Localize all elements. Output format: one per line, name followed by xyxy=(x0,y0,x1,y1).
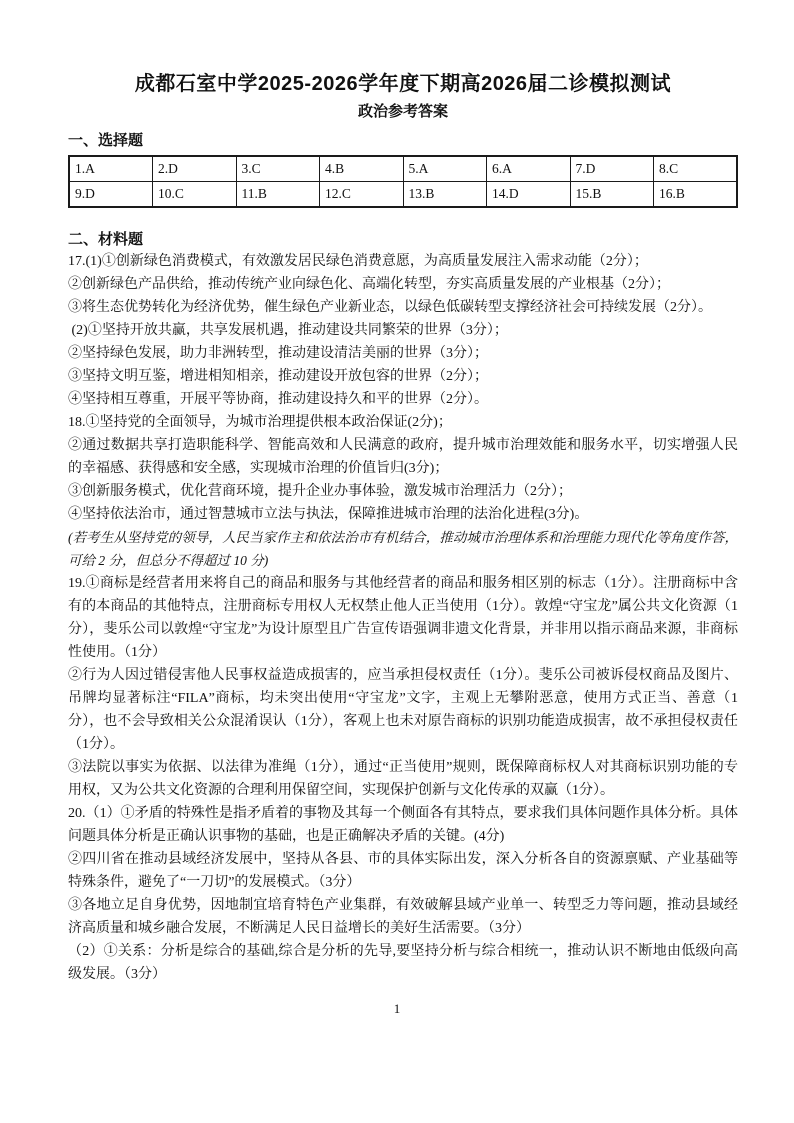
q20-part1-paragraph: ③各地立足自身优势，因地制宜培育特色产业集群，有效破解县域产业单一、转型乏力等问… xyxy=(68,894,738,940)
choice-answer-table: 1.A 2.D 3.C 4.B 5.A 6.A 7.D 8.C 9.D 10.C… xyxy=(68,155,738,208)
q18-grading-note: (若考生从坚持党的领导，人民当家作主和依法治市有机结合，推动城市治理体系和治理能… xyxy=(68,526,738,572)
document-title: 成都石室中学2025-2026学年度下期高2026届二诊模拟测试 xyxy=(68,71,738,97)
q17-part2-line: ③坚持文明互鉴，增进相知相亲，推动建设开放包容的世界（2分）； xyxy=(68,365,738,388)
q18-line: ②通过数据共享打造职能科学、智能高效和人民满意的政府，提升城市治理效能和服务水平… xyxy=(68,434,738,480)
q17-part2-line: ④坚持相互尊重，开展平等协商，推动建设持久和平的世界（2分）。 xyxy=(68,388,738,411)
answer-cell: 7.D xyxy=(570,156,654,182)
answer-cell: 10.C xyxy=(153,182,237,208)
answer-cell: 9.D xyxy=(69,182,153,208)
answer-cell: 11.B xyxy=(236,182,320,208)
q17-part1-line: ③将生态优势转化为经济优势，催生绿色产业新业态，以绿色低碳转型支撑经济社会可持续… xyxy=(68,296,738,319)
answer-cell: 13.B xyxy=(403,182,487,208)
answer-cell: 16.B xyxy=(654,182,738,208)
answer-cell: 1.A xyxy=(69,156,153,182)
answer-table-row: 9.D 10.C 11.B 12.C 13.B 14.D 15.B 16.B xyxy=(69,182,737,208)
answer-cell: 5.A xyxy=(403,156,487,182)
q19-paragraph: 19.①商标是经营者用来将自己的商品和服务与其他经营者的商品和服务相区别的标志（… xyxy=(68,572,738,664)
q17-part1-line: 17.(1)①创新绿色消费模式，有效激发居民绿色消费意愿，为高质量发展注入需求动… xyxy=(68,250,738,273)
q18-line: ④坚持依法治市，通过智慧城市立法与执法，保障推进城市治理的法治化进程(3分)。 xyxy=(68,503,738,526)
answer-cell: 15.B xyxy=(570,182,654,208)
q17-part2-line: (2)①坚持开放共赢，共享发展机遇，推动建设共同繁荣的世界（3分）； xyxy=(68,319,738,342)
choice-section-heading: 一、选择题 xyxy=(68,131,738,151)
q17-part2-line: ②坚持绿色发展，助力非洲转型，推动建设清洁美丽的世界（3分）； xyxy=(68,342,738,365)
document-subtitle: 政治参考答案 xyxy=(68,102,738,122)
q20-part2-paragraph: （2）①关系：分析是综合的基础,综合是分析的先导,要坚持分析与综合相统一，推动认… xyxy=(68,940,738,986)
answer-cell: 12.C xyxy=(320,182,404,208)
document-page: 成都石室中学2025-2026学年度下期高2026届二诊模拟测试 政治参考答案 … xyxy=(0,0,794,1123)
q20-part1-paragraph: 20.（1）①矛盾的特殊性是指矛盾着的事物及其每一个侧面各有其特点，要求我们具体… xyxy=(68,802,738,848)
q20-part1-paragraph: ②四川省在推动县域经济发展中，坚持从各县、市的具体实际出发，深入分析各自的资源禀… xyxy=(68,848,738,894)
material-section-heading: 二、材料题 xyxy=(68,230,738,250)
q18-line: ③创新服务模式，优化营商环境，提升企业办事体验，激发城市治理活力（2分）； xyxy=(68,480,738,503)
answer-cell: 2.D xyxy=(153,156,237,182)
answer-cell: 8.C xyxy=(654,156,738,182)
answer-cell: 14.D xyxy=(487,182,571,208)
q18-line: 18.①坚持党的全面领导，为城市治理提供根本政治保证(2分)； xyxy=(68,411,738,434)
document-content: 成都石室中学2025-2026学年度下期高2026届二诊模拟测试 政治参考答案 … xyxy=(68,0,738,986)
page-number: 1 xyxy=(0,1000,794,1018)
answer-cell: 4.B xyxy=(320,156,404,182)
answer-cell: 3.C xyxy=(236,156,320,182)
answer-table-row: 1.A 2.D 3.C 4.B 5.A 6.A 7.D 8.C xyxy=(69,156,737,182)
q17-part1-line: ②创新绿色产品供给，推动传统产业向绿色化、高端化转型，夯实高质量发展的产业根基（… xyxy=(68,273,738,296)
q19-paragraph: ③法院以事实为依据、以法律为准绳（1分），通过“正当使用”规则，既保障商标权人对… xyxy=(68,756,738,802)
answer-cell: 6.A xyxy=(487,156,571,182)
q19-paragraph: ②行为人因过错侵害他人民事权益造成损害的，应当承担侵权责任（1分）。斐乐公司被诉… xyxy=(68,664,738,756)
